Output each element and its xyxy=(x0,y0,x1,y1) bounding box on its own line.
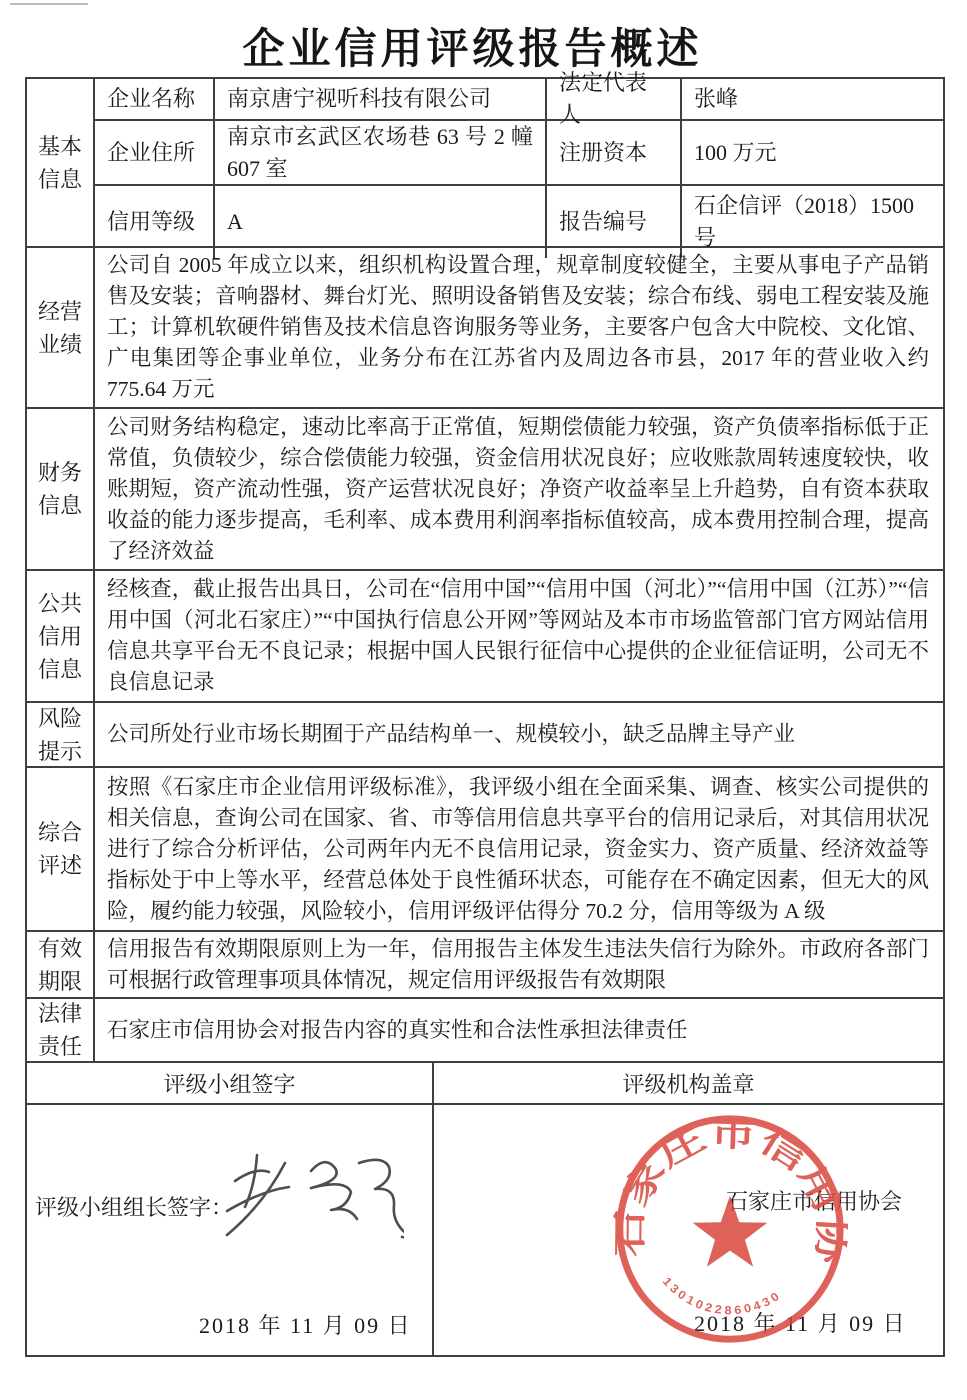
signature-cell-right: 石家庄市信用协会 2018 年 11 月 09 日 石家庄市信用协会 13010… xyxy=(434,1105,943,1355)
field-label-company-address: 企业住所 xyxy=(95,121,215,184)
section-financial-info: 财务信息 公司财务结构稳定，速动比率高于正常值，短期偿债能力较强，资产负债率指标… xyxy=(27,409,943,571)
group-label-risk-warning: 风险提示 xyxy=(27,703,95,766)
scan-edge-artifact xyxy=(10,3,88,5)
section-text-comprehensive-review: 按照《石家庄市企业信用评级标准》，我评级小组在全面采集、调查、核实公司提供的相关… xyxy=(95,768,943,930)
section-comprehensive-review: 综合评述 按照《石家庄市企业信用评级标准》，我评级小组在全面采集、调查、核实公司… xyxy=(27,768,943,932)
section-risk-warning: 风险提示 公司所处行业市场长期囿于产品结构单一、规模较小，缺乏品牌主导产业 xyxy=(27,703,943,768)
group-label-financial-info: 财务信息 xyxy=(27,409,95,569)
team-leader-signature-label: 评级小组组长签字： xyxy=(35,1191,233,1222)
group-label-business-performance: 经营业绩 xyxy=(27,248,95,407)
section-text-legal-responsibility: 石家庄市信用协会对报告内容的真实性和合法性承担法律责任 xyxy=(95,999,943,1061)
group-label-validity-period: 有效期限 xyxy=(27,932,95,997)
header-rating-agency-seal: 评级机构盖章 xyxy=(434,1063,943,1103)
signature-cell-left: 评级小组组长签字： 2018 年 11 月 09 日 xyxy=(27,1105,434,1355)
seal-star-icon xyxy=(693,1196,768,1267)
field-value-company-address: 南京市玄武区农场巷 63 号 2 幢 607 室 xyxy=(215,121,547,184)
field-label-legal-representative: 法定代表人 xyxy=(547,79,682,119)
field-value-registered-capital: 100 万元 xyxy=(682,121,943,184)
basic-info-row: 基本信息 企业名称 南京唐宁视听科技有限公司 法定代表人 张峰 企业住所 南京市… xyxy=(27,79,943,248)
section-public-credit-info: 公共信用信息 经核查，截止报告出具日，公司在“信用中国”“信用中国（河北）”“信… xyxy=(27,571,943,703)
handwritten-signature xyxy=(219,1141,404,1261)
group-label-public-credit-info: 公共信用信息 xyxy=(27,571,95,701)
group-label-legal-responsibility: 法律责任 xyxy=(27,999,95,1061)
credit-report-table: 基本信息 企业名称 南京唐宁视听科技有限公司 法定代表人 张峰 企业住所 南京市… xyxy=(25,77,945,1357)
field-value-credit-grade: A xyxy=(215,186,547,258)
field-label-registered-capital: 注册资本 xyxy=(547,121,682,184)
section-legal-responsibility: 法律责任 石家庄市信用协会对报告内容的真实性和合法性承担法律责任 xyxy=(27,999,943,1063)
basic-info-grid: 企业名称 南京唐宁视听科技有限公司 法定代表人 张峰 企业住所 南京市玄武区农场… xyxy=(95,79,943,246)
table-row: 企业住所 南京市玄武区农场巷 63 号 2 幢 607 室 注册资本 100 万… xyxy=(95,121,943,186)
table-row: 企业名称 南京唐宁视听科技有限公司 法定代表人 张峰 xyxy=(95,79,943,121)
field-value-company-name: 南京唐宁视听科技有限公司 xyxy=(215,79,547,119)
official-seal: 石家庄市信用协会 1301022860430 xyxy=(612,1111,848,1347)
table-row: 信用等级 A 报告编号 石企信评（2018）1500 号 xyxy=(95,186,943,258)
field-value-legal-representative: 张峰 xyxy=(682,79,943,119)
section-business-performance: 经营业绩 公司自 2005 年成立以来，组织机构设置合理，规章制度较健全，主要从… xyxy=(27,248,943,409)
field-label-report-number: 报告编号 xyxy=(547,186,682,258)
section-text-risk-warning: 公司所处行业市场长期囿于产品结构单一、规模较小，缺乏品牌主导产业 xyxy=(95,703,943,766)
section-validity-period: 有效期限 信用报告有效期限原则上为一年，信用报告主体发生违法失信行为除外。市政府… xyxy=(27,932,943,999)
field-label-company-name: 企业名称 xyxy=(95,79,215,119)
seal-code-text: 1301022860430 xyxy=(660,1274,784,1317)
field-label-credit-grade: 信用等级 xyxy=(95,186,215,258)
group-label-comprehensive-review: 综合评述 xyxy=(27,768,95,930)
section-text-business-performance: 公司自 2005 年成立以来，组织机构设置合理，规章制度较健全，主要从事电子产品… xyxy=(95,248,943,407)
section-text-financial-info: 公司财务结构稳定，速动比率高于正常值，短期偿债能力较强，资产负债率指标低于正常值… xyxy=(95,409,943,569)
page-title: 企业信用评级报告概述 xyxy=(0,16,945,76)
section-text-validity-period: 信用报告有效期限原则上为一年，信用报告主体发生违法失信行为除外。市政府各部门可根… xyxy=(95,932,943,997)
signature-body-row: 评级小组组长签字： 2018 年 11 月 09 日 石家庄市信用协会 2018… xyxy=(27,1105,943,1355)
group-label-basic-info: 基本信息 xyxy=(27,79,95,246)
header-rating-team-signature: 评级小组签字 xyxy=(27,1063,434,1103)
signature-header-row: 评级小组签字 评级机构盖章 xyxy=(27,1063,943,1105)
section-text-public-credit-info: 经核查，截止报告出具日，公司在“信用中国”“信用中国（河北）”“信用中国（江苏）… xyxy=(95,571,943,701)
field-value-report-number: 石企信评（2018）1500 号 xyxy=(682,186,943,258)
signature-date-left: 2018 年 11 月 09 日 xyxy=(199,1309,412,1340)
